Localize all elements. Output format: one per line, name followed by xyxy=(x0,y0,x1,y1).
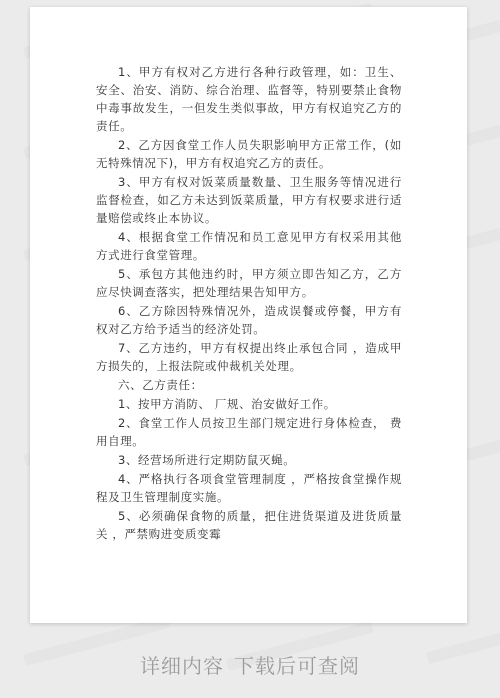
caption-part-2: 下载后可查阅 xyxy=(234,654,360,678)
document-body: 1、甲方有权对乙方进行各种行政管理，如：卫生、安全、治安、消防、综合治理、监督等… xyxy=(96,63,402,544)
paragraph: 5、承包方其他违约时，甲方须立即告知乙方，乙方应尽快调查落实，把处理结果告知甲方… xyxy=(96,265,402,301)
paragraph: 2、乙方因食堂工作人员失职影响甲方正常工作，(如无特殊情况下)，甲方有权追究乙方… xyxy=(96,136,402,172)
paragraph: 2、食堂工作人员按卫生部门规定进行身体检查， 费用自理。 xyxy=(96,414,402,450)
caption-part-1: 详细内容 xyxy=(140,654,224,678)
paragraph: 3、经营场所进行定期防鼠灭蝇。 xyxy=(96,451,402,469)
paragraph: 1、甲方有权对乙方进行各种行政管理，如：卫生、安全、治安、消防、综合治理、监督等… xyxy=(96,63,402,135)
paragraph: 3、甲方有权对饭菜质量数量、卫生服务等情况进行监督检查，如乙方未达到饭菜质量，甲… xyxy=(96,173,402,227)
document-page: 1、甲方有权对乙方进行各种行政管理，如：卫生、安全、治安、消防、综合治理、监督等… xyxy=(30,7,467,623)
paragraph: 4、根据食堂工作情况和员工意见甲方有权采用其他方式进行食堂管理。 xyxy=(96,228,402,264)
paragraph: 6、乙方除因特殊情况外，造成误餐或停餐，甲方有权对乙方给予适当的经济处罚。 xyxy=(96,302,402,338)
download-caption: 详细内容下载后可查阅 xyxy=(0,650,500,679)
paragraph: 5、必须确保食物的质量，把住进货渠道及进货质量关 ，严禁购进变质变霉 xyxy=(96,507,402,543)
paragraph: 7、乙方违约，甲方有权提出终止承包合同 ，造成甲方损失的，上报法院或仲裁机关处理… xyxy=(96,339,402,375)
paragraph: 1、按甲方消防、 厂规、治安做好工作。 xyxy=(96,395,402,413)
section-heading: 六、乙方责任： xyxy=(96,376,402,394)
paragraph: 4、严格执行各项食堂管理制度 ，严格按食堂操作规程及卫生管理制度实施。 xyxy=(96,470,402,506)
